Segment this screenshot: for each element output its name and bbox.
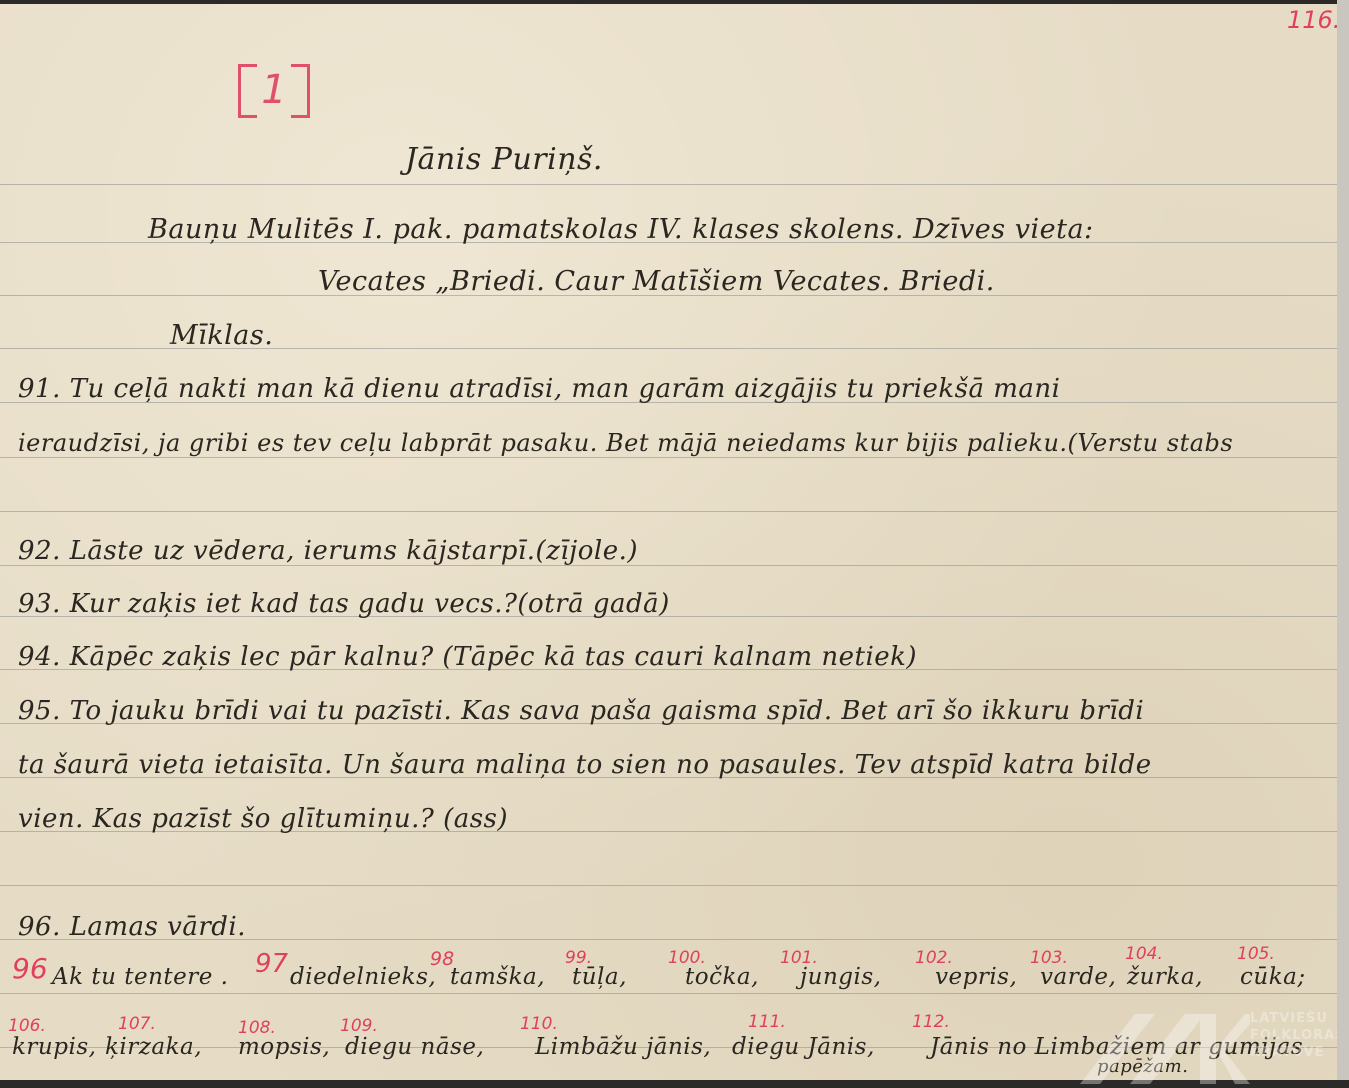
riddle-93: 93. Kur zaķis iet kad tas gadu vecs.?(ot… <box>18 589 670 619</box>
riddle-94: 94. Kāpēc zaķis lec pār kalnu? (Tāpēc kā… <box>18 642 917 672</box>
riddle-95-line-1: 95. To jauku brīdi vai tu pazīsti. Kas s… <box>18 696 1144 726</box>
riddle-number: 94. <box>18 642 61 672</box>
insult-entry: Limbāžu jānis, <box>535 1034 711 1060</box>
insult-entry: jungis, <box>800 964 881 990</box>
riddle-95-line-3: vien. Kas pazīst šo glītumiņu.? (ass) <box>18 804 508 834</box>
riddle-91-line-2: ieraudzīsi, ja gribi es tev ceļu labprāt… <box>18 429 1233 457</box>
insult-number: 112. <box>912 1012 950 1032</box>
insult-entry: ķirzaka, <box>105 1034 202 1060</box>
section-title: Lamas vārdi. <box>70 912 246 942</box>
ruled-line <box>0 511 1337 512</box>
ruled-line <box>0 885 1337 886</box>
section-heading-riddles: Mīklas. <box>170 320 273 351</box>
item-number: 1 <box>261 67 286 113</box>
riddle-text: To jauku brīdi vai tu pazīsti. Kas sava … <box>70 696 1145 726</box>
stamp-bracket-corner <box>241 115 257 118</box>
riddle-number: 95. <box>18 696 61 726</box>
item-number-stamp: 1 <box>238 64 310 118</box>
riddle-text: Kāpēc zaķis lec pār kalnu? (Tāpēc kā tas… <box>70 642 917 672</box>
insult-entry: varde, <box>1040 964 1116 990</box>
watermark-text: LATVIEŠU FOLKLORAS KRĀTUVE <box>1250 1010 1346 1061</box>
insult-entry: Ak tu tentere . <box>52 964 228 990</box>
insult-entry: tūļa, <box>572 964 627 990</box>
insult-entry: točka, <box>685 964 759 990</box>
scan-edge <box>1337 0 1349 1080</box>
insult-entry: diedelnieks, <box>290 964 436 990</box>
riddle-number: 93. <box>18 589 61 619</box>
insult-number: 110. <box>520 1014 558 1034</box>
riddle-number: 92. <box>18 536 61 566</box>
archive-page-number: 116. <box>1287 6 1340 34</box>
insult-number: 109. <box>340 1016 378 1036</box>
watermark-line: LATVIEŠU <box>1250 1010 1346 1027</box>
archive-logo-icon <box>1060 994 1250 1080</box>
insult-entry: vepris, <box>935 964 1017 990</box>
riddle-92: 92. Lāste uz vēdera, ierums kājstarpī.(z… <box>18 536 638 566</box>
insult-entry: tamška, <box>450 964 545 990</box>
watermark-line: FOLKLORAS <box>1250 1027 1346 1044</box>
riddle-number: 91. <box>18 374 61 404</box>
insult-number: 107. <box>118 1014 156 1034</box>
insult-entry: žurka, <box>1127 964 1203 990</box>
watermark-line: KRĀTUVE <box>1250 1044 1346 1061</box>
riddle-text: Kur zaķis iet kad tas gadu vecs.?(otrā g… <box>70 589 670 619</box>
archive-watermark: LATVIEŠU FOLKLORAS KRĀTUVE <box>1060 994 1340 1080</box>
author-school-line: Bauņu Mulitēs I. pak. pamatskolas IV. kl… <box>148 214 1094 245</box>
manuscript-page: 116. 1 Jānis Puriņš. Bauņu Mulitēs I. pa… <box>0 4 1340 1080</box>
insult-number: 106. <box>8 1016 46 1036</box>
insult-number: 111. <box>748 1012 786 1032</box>
section-heading-insults: 96. Lamas vārdi. <box>18 912 246 942</box>
section-number: 96. <box>18 912 61 942</box>
stamp-bracket-corner <box>291 64 307 67</box>
insult-entry: krupis, <box>12 1034 96 1060</box>
insult-number: 105. <box>1237 944 1275 964</box>
riddle-text: Lāste uz vēdera, ierums kājstarpī.(zījol… <box>70 536 638 566</box>
insult-entry: diegu nāse, <box>345 1034 484 1060</box>
insult-entry: cūka; <box>1240 964 1306 990</box>
author-address-line: Vecates „Briedi. Caur Matīšiem Vecates. … <box>318 266 995 297</box>
insult-entry: mopsis, <box>238 1034 330 1060</box>
ruled-line <box>0 184 1337 185</box>
riddle-text: Tu ceļā nakti man kā dienu atradīsi, man… <box>70 374 1061 404</box>
insult-number: 96 <box>12 952 48 985</box>
insult-entry: diegu Jānis, <box>732 1034 875 1060</box>
insult-number: 104. <box>1125 944 1163 964</box>
insult-number: 97 <box>255 949 288 979</box>
author-name: Jānis Puriņš. <box>405 142 603 177</box>
riddle-95-line-2: ta šaurā vieta ietaisīta. Un šaura maliņ… <box>18 750 1152 780</box>
riddle-91-line-1: 91. Tu ceļā nakti man kā dienu atradīsi,… <box>18 374 1060 404</box>
ruled-line <box>0 457 1337 458</box>
